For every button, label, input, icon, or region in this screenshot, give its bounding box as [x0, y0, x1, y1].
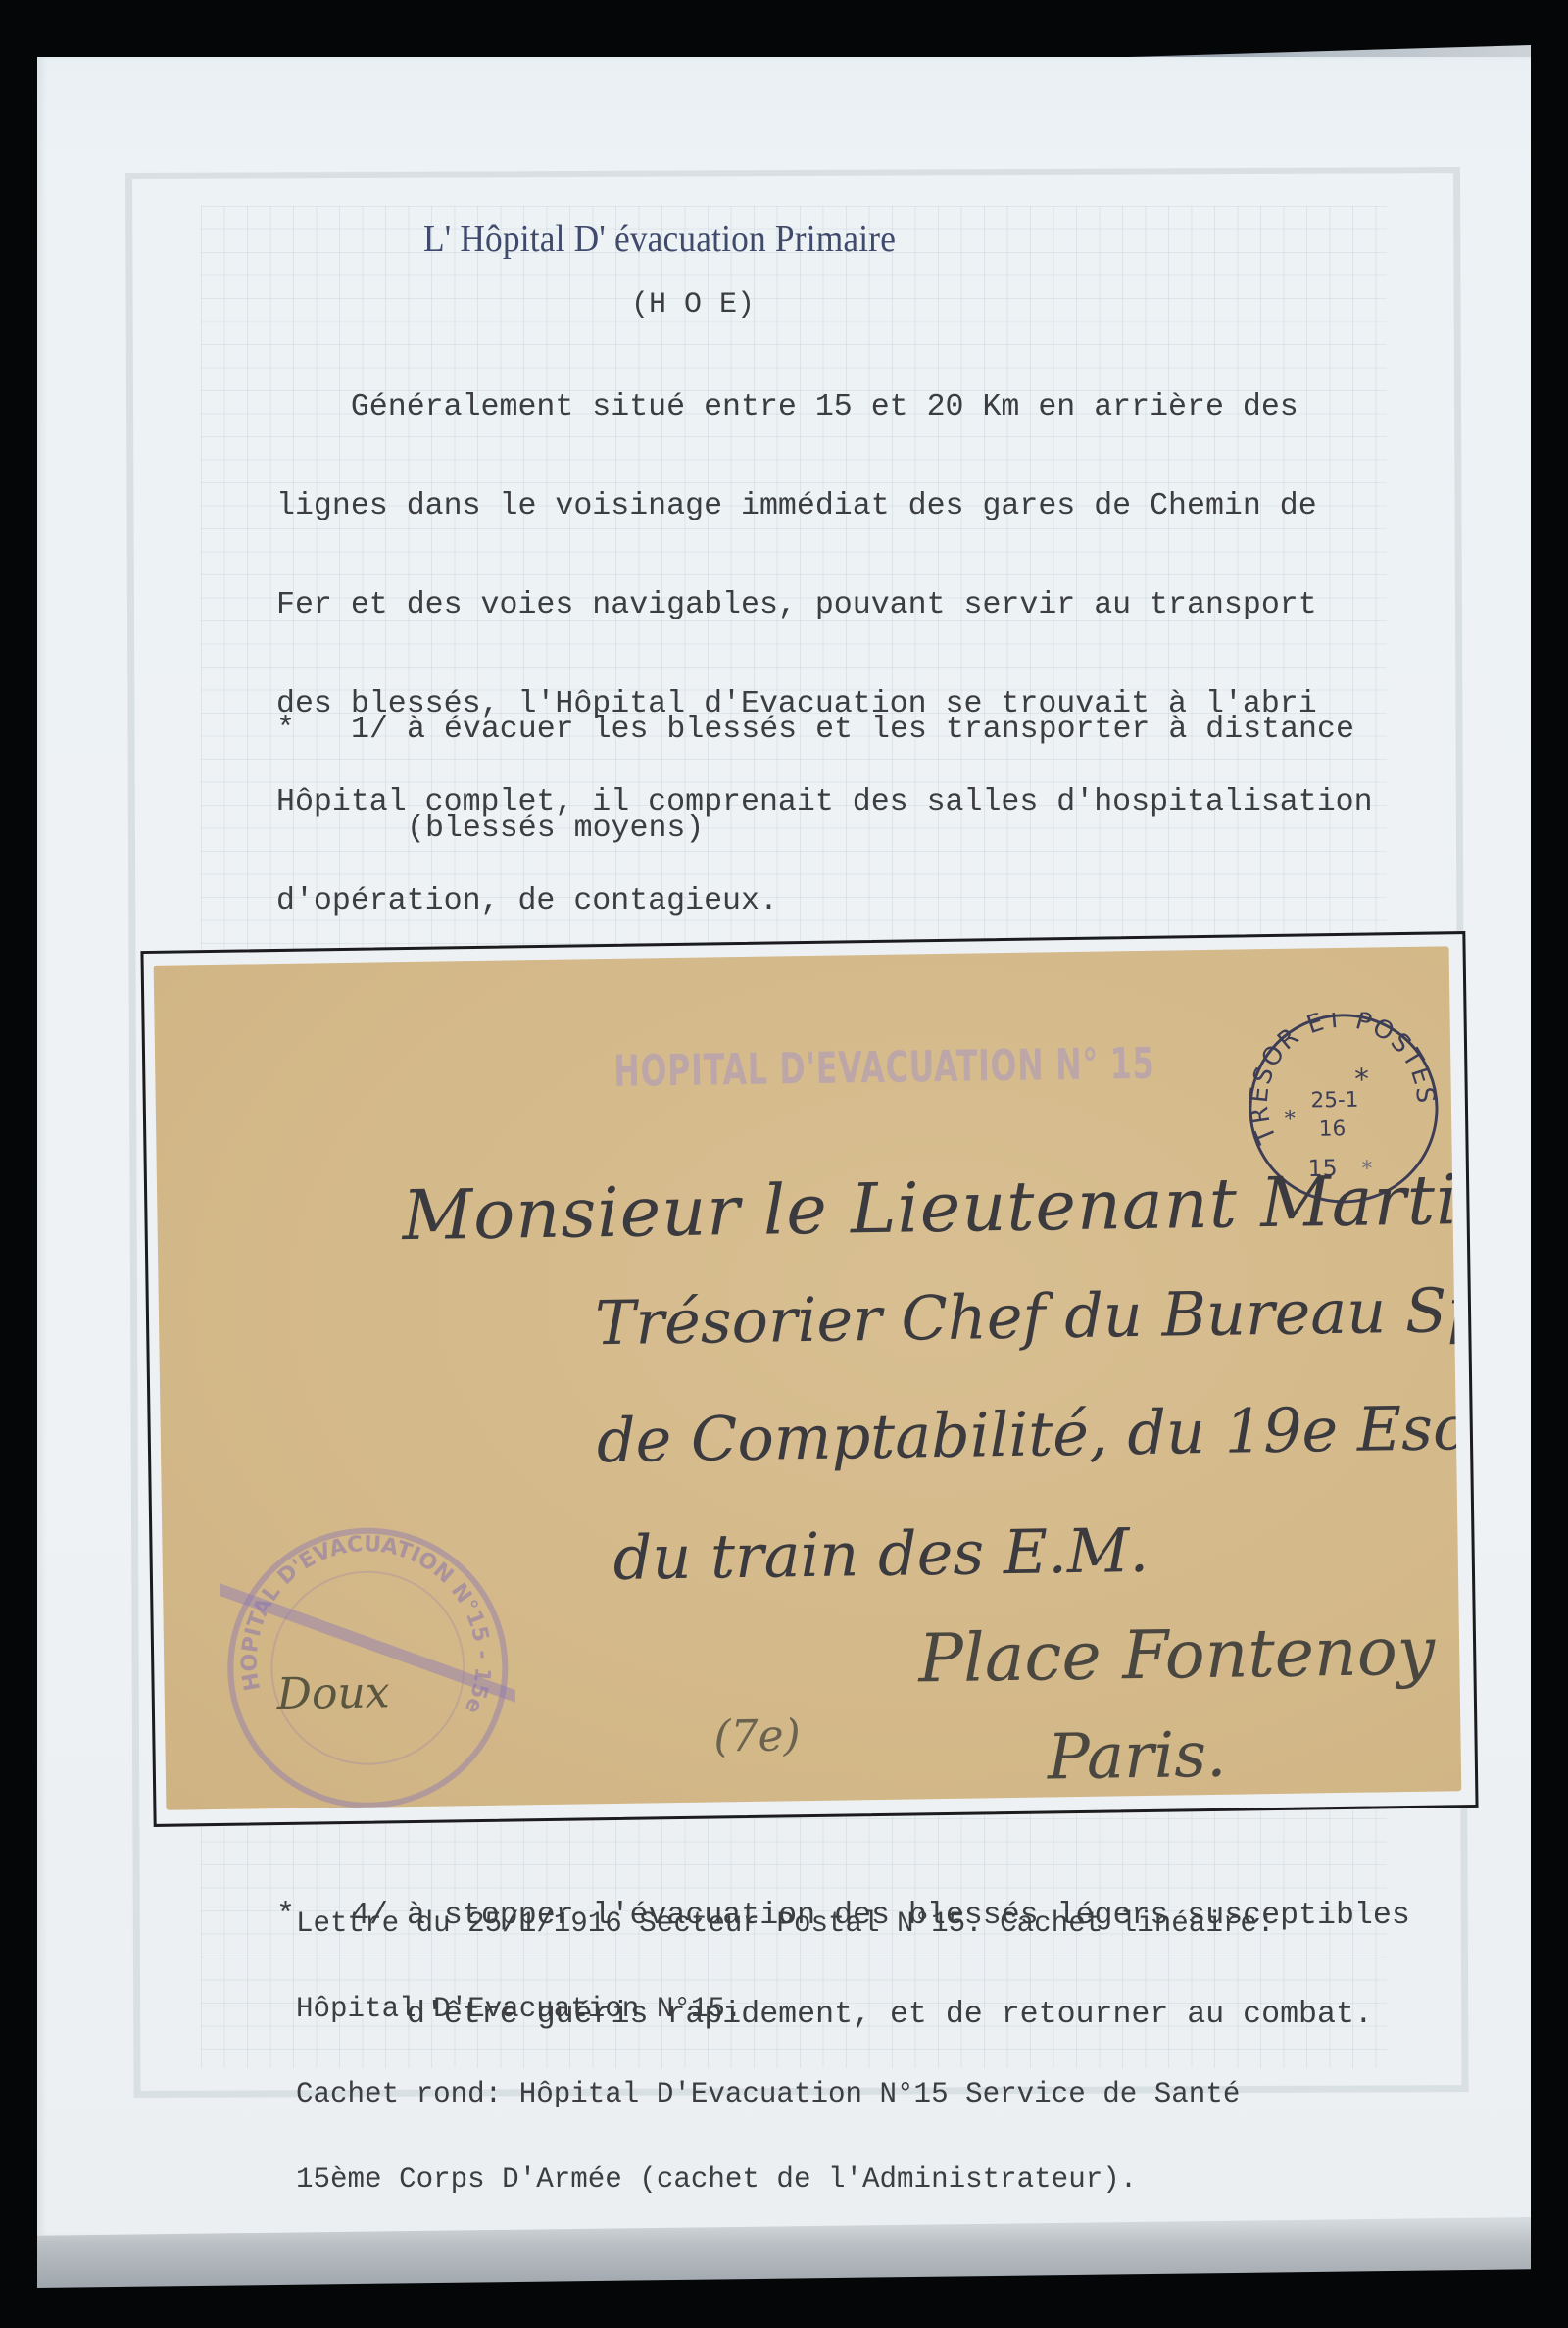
svg-text:16: 16: [1319, 1116, 1347, 1141]
address-line: du train des E.M.: [612, 1514, 1149, 1594]
svg-text:25-1: 25-1: [1310, 1088, 1358, 1114]
envelope-mount-frame: HOPITAL D'EVACUATION N° 15 TRESOR ET POS…: [140, 931, 1478, 1827]
address-line: de Comptabilité, du 19e Escadron: [596, 1389, 1461, 1476]
caption: Lettre du 25/1/1916 Secteur Postal N°15.…: [296, 1853, 1274, 2222]
task-number: 1/: [351, 714, 407, 747]
svg-text:*: *: [1284, 1105, 1296, 1132]
address-line: Paris.: [1047, 1719, 1227, 1795]
address-line: Monsieur le Lieutenant Martin: [402, 1159, 1461, 1256]
task-line: (blessés moyens): [276, 813, 1410, 846]
caption-line: Lettre du 25/1/1916 Secteur Postal N°15.…: [296, 1909, 1274, 1938]
signature: Doux: [276, 1667, 390, 1719]
caption-line: 15ème Corps D'Armée (cachet de l'Adminis…: [296, 2165, 1274, 2194]
address-line: Trésorier Chef du Bureau Spécial: [595, 1272, 1462, 1360]
page-subtitle: (H O E): [631, 288, 755, 322]
page-title: L' Hôpital D' évacuation Primaire: [423, 218, 1006, 261]
caption-line: Hôpital D'Evacuation N°15.: [296, 1995, 1274, 2023]
linear-cachet: HOPITAL D'EVACUATION N° 15: [613, 1039, 1155, 1097]
address-line: Place Fontenoy: [918, 1613, 1436, 1699]
caption-line: Cachet rond: Hôpital D'Evacuation N°15 S…: [296, 2080, 1274, 2108]
arrondissement-mark: (7e): [713, 1710, 801, 1761]
task-line: à évacuer les blessés et les transporter…: [407, 714, 1354, 747]
task-item: *1/à évacuer les blessés et les transpor…: [276, 648, 1410, 912]
intro-line: Généralement situé entre 15 et 20 Km en …: [276, 391, 1373, 424]
asterisk-bullet: *: [276, 714, 351, 747]
intro-line: lignes dans le voisinage immédiat des ga…: [276, 490, 1373, 523]
envelope: HOPITAL D'EVACUATION N° 15 TRESOR ET POS…: [154, 946, 1462, 1810]
round-cachet-icon: HOPITAL D'EVACUATION N°15 - 15e CORPS D'…: [219, 1519, 516, 1810]
